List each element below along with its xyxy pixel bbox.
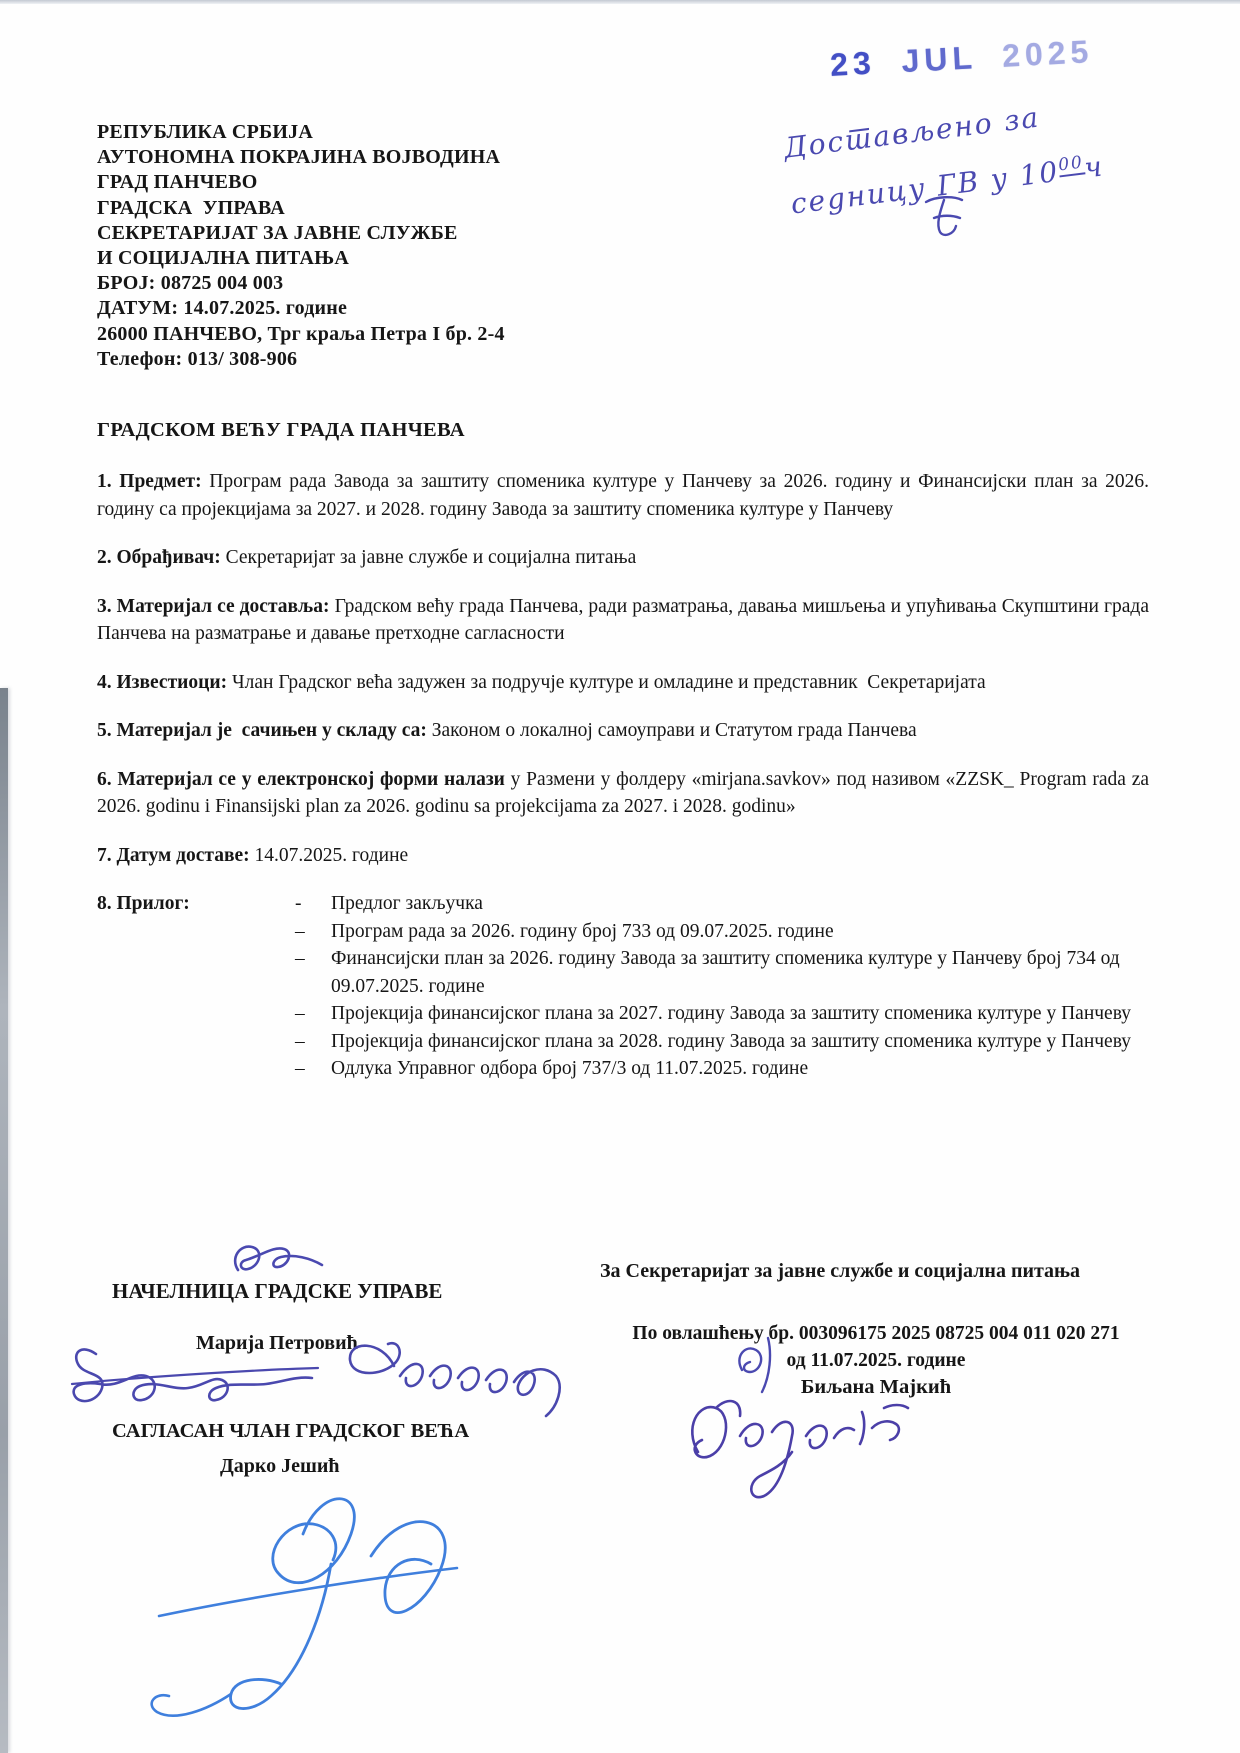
item-5-legal-basis: 5. Материјал је сачињен у складу са: Зак… bbox=[97, 717, 1149, 745]
attachment-text: Програм рада за 2026. годину број 733 од… bbox=[331, 918, 1149, 946]
item-7-label: 7. Датум доставе: bbox=[97, 845, 250, 866]
right-signatory-title: За Секретаријат за јавне службе и соција… bbox=[600, 1260, 1080, 1283]
item-2-processor: 2. Обрађивач: Секретаријат за јавне служ… bbox=[97, 544, 1149, 572]
attachment-text: Одлука Управног одбора број 737/3 од 11.… bbox=[331, 1055, 1149, 1083]
letterhead-address: 26000 ПАНЧЕВО, Трг краља Петра I бр. 2-4 bbox=[97, 322, 505, 347]
item-2-text: Секретаријат за јавне службе и социјална… bbox=[226, 547, 637, 568]
item-7-delivery-date: 7. Датум доставе: 14.07.2025. године bbox=[97, 842, 1149, 870]
item-3-label: 3. Материјал се доставља: bbox=[97, 596, 330, 617]
authorization-block: По овлашћењу бр. 003096175 2025 08725 00… bbox=[598, 1320, 1154, 1401]
dash-bullet: – bbox=[295, 918, 331, 946]
stamp-year: 2025 bbox=[1001, 33, 1094, 74]
handwritten-note: Достављено за седницу ГВ у 1000ч bbox=[781, 73, 1211, 230]
item-5-label: 5. Материјал је сачињен у складу са: bbox=[97, 720, 427, 741]
letterhead-line: И СОЦИЈАЛНА ПИТАЊА bbox=[97, 246, 505, 271]
letterhead-line: АУТОНОМНА ПОКРАЈИНА ВОЈВОДИНА bbox=[97, 145, 505, 170]
attachment-entry: –Пројекција финансијског плана за 2028. … bbox=[295, 1028, 1149, 1056]
agreed-member-title: САГЛАСАН ЧЛАН ГРАДСКОГ ВЕЋА bbox=[112, 1420, 469, 1443]
dash-bullet: – bbox=[295, 1028, 331, 1056]
signature-scribble-left2 bbox=[330, 1332, 578, 1426]
item-1-subject: 1. Предмет: Програм рада Завода за зашти… bbox=[97, 468, 1149, 523]
dash-bullet: – bbox=[295, 1055, 331, 1083]
item-7-text: 14.07.2025. године bbox=[255, 845, 409, 866]
recipient-title: ГРАДСКОМ ВЕЋУ ГРАДА ПАНЧЕВА bbox=[97, 419, 465, 442]
letterhead-line: ГРАДСКА УПРАВА bbox=[97, 196, 505, 221]
letterhead-line: СЕКРЕТАРИЈАТ ЗА ЈАВНЕ СЛУЖБЕ bbox=[97, 221, 505, 246]
attachment-entry: -Предлог закључка bbox=[295, 890, 1149, 918]
stamp-month: JUL bbox=[901, 39, 978, 79]
letterhead-phone: Телефон: 013/ 308-906 bbox=[97, 347, 505, 372]
note-superscript: 00 bbox=[1057, 152, 1085, 177]
signature-scribble-darko bbox=[135, 1472, 475, 1728]
item-1-label: 1. Предмет: bbox=[97, 471, 202, 492]
item-4-label: 4. Известиоци: bbox=[97, 672, 227, 693]
od-paraph-scribble bbox=[728, 1332, 788, 1396]
signature-scribble-majkic bbox=[676, 1392, 912, 1510]
stamp-day: 23 bbox=[829, 45, 876, 83]
scan-edge-top bbox=[0, 0, 1240, 4]
item-6-label: 6. Материјал се у електронској форми нал… bbox=[97, 769, 505, 790]
attachment-text: Предлог закључка bbox=[331, 890, 1149, 918]
dash-bullet: – bbox=[295, 945, 331, 1000]
document-page: 23 JUL 2025 Достављено за седницу ГВ у 1… bbox=[0, 0, 1240, 1753]
letterhead: РЕПУБЛИКА СРБИЈА АУТОНОМНА ПОКРАЈИНА ВОЈ… bbox=[97, 120, 505, 372]
attachment-entry: –Одлука Управног одбора број 737/3 од 11… bbox=[295, 1055, 1149, 1083]
items-list: 1. Предмет: Програм рада Завода за зашти… bbox=[97, 468, 1149, 1083]
attachment-text: Пројекција финансијског плана за 2027. г… bbox=[331, 1000, 1149, 1028]
letterhead-date: ДАТУМ: 14.07.2025. године bbox=[97, 296, 505, 321]
item-2-label: 2. Обрађивач: bbox=[97, 547, 221, 568]
item-5-text: Законом о локалној самоуправи и Статутом… bbox=[432, 720, 917, 741]
date-stamp: 23 JUL 2025 bbox=[829, 33, 1094, 84]
left-signatory-title: НАЧЕЛНИЦА ГРАДСКЕ УПРАВЕ bbox=[112, 1279, 442, 1304]
authorization-date: од 11.07.2025. године bbox=[598, 1347, 1154, 1374]
item-6-electronic-form: 6. Материјал се у електронској форми нал… bbox=[97, 766, 1149, 821]
note-paraph-scribble bbox=[920, 188, 968, 240]
attachment-entry: –Пројекција финансијског плана за 2027. … bbox=[295, 1000, 1149, 1028]
attachments-list: -Предлог закључка –Програм рада за 2026.… bbox=[295, 890, 1149, 1083]
za-paraph-scribble bbox=[228, 1238, 328, 1280]
item-3-delivery: 3. Материјал се доставља: Градском већу … bbox=[97, 593, 1149, 648]
scan-edge-left bbox=[0, 688, 8, 1753]
dash-bullet: – bbox=[295, 1000, 331, 1028]
letterhead-line: РЕПУБЛИКА СРБИЈА bbox=[97, 120, 505, 145]
letterhead-line: ГРАД ПАНЧЕВО bbox=[97, 170, 505, 195]
item-1-text: Програм рада Завода за заштиту споменика… bbox=[97, 471, 1154, 520]
item-4-text: Члан Градског већа задужен за подручје к… bbox=[232, 672, 986, 693]
attachment-text: Пројекција финансијског плана за 2028. г… bbox=[331, 1028, 1149, 1056]
signature-scribble-left bbox=[68, 1340, 324, 1426]
attachment-text: Финансијски план за 2026. годину Завода … bbox=[331, 945, 1149, 1000]
dash-bullet: - bbox=[295, 890, 331, 918]
letterhead-number: БРОЈ: 08725 004 003 bbox=[97, 271, 505, 296]
attachment-entry: –Програм рада за 2026. годину број 733 о… bbox=[295, 918, 1149, 946]
authorization-line: По овлашћењу бр. 003096175 2025 08725 00… bbox=[598, 1320, 1154, 1347]
item-8-attachments: 8. Прилог: -Предлог закључка –Програм ра… bbox=[97, 890, 1149, 1083]
item-8-label: 8. Прилог: bbox=[97, 890, 295, 1083]
item-4-rapporteurs: 4. Известиоци: Члан Градског већа задуже… bbox=[97, 669, 1149, 697]
attachment-entry: –Финансијски план за 2026. годину Завода… bbox=[295, 945, 1149, 1000]
